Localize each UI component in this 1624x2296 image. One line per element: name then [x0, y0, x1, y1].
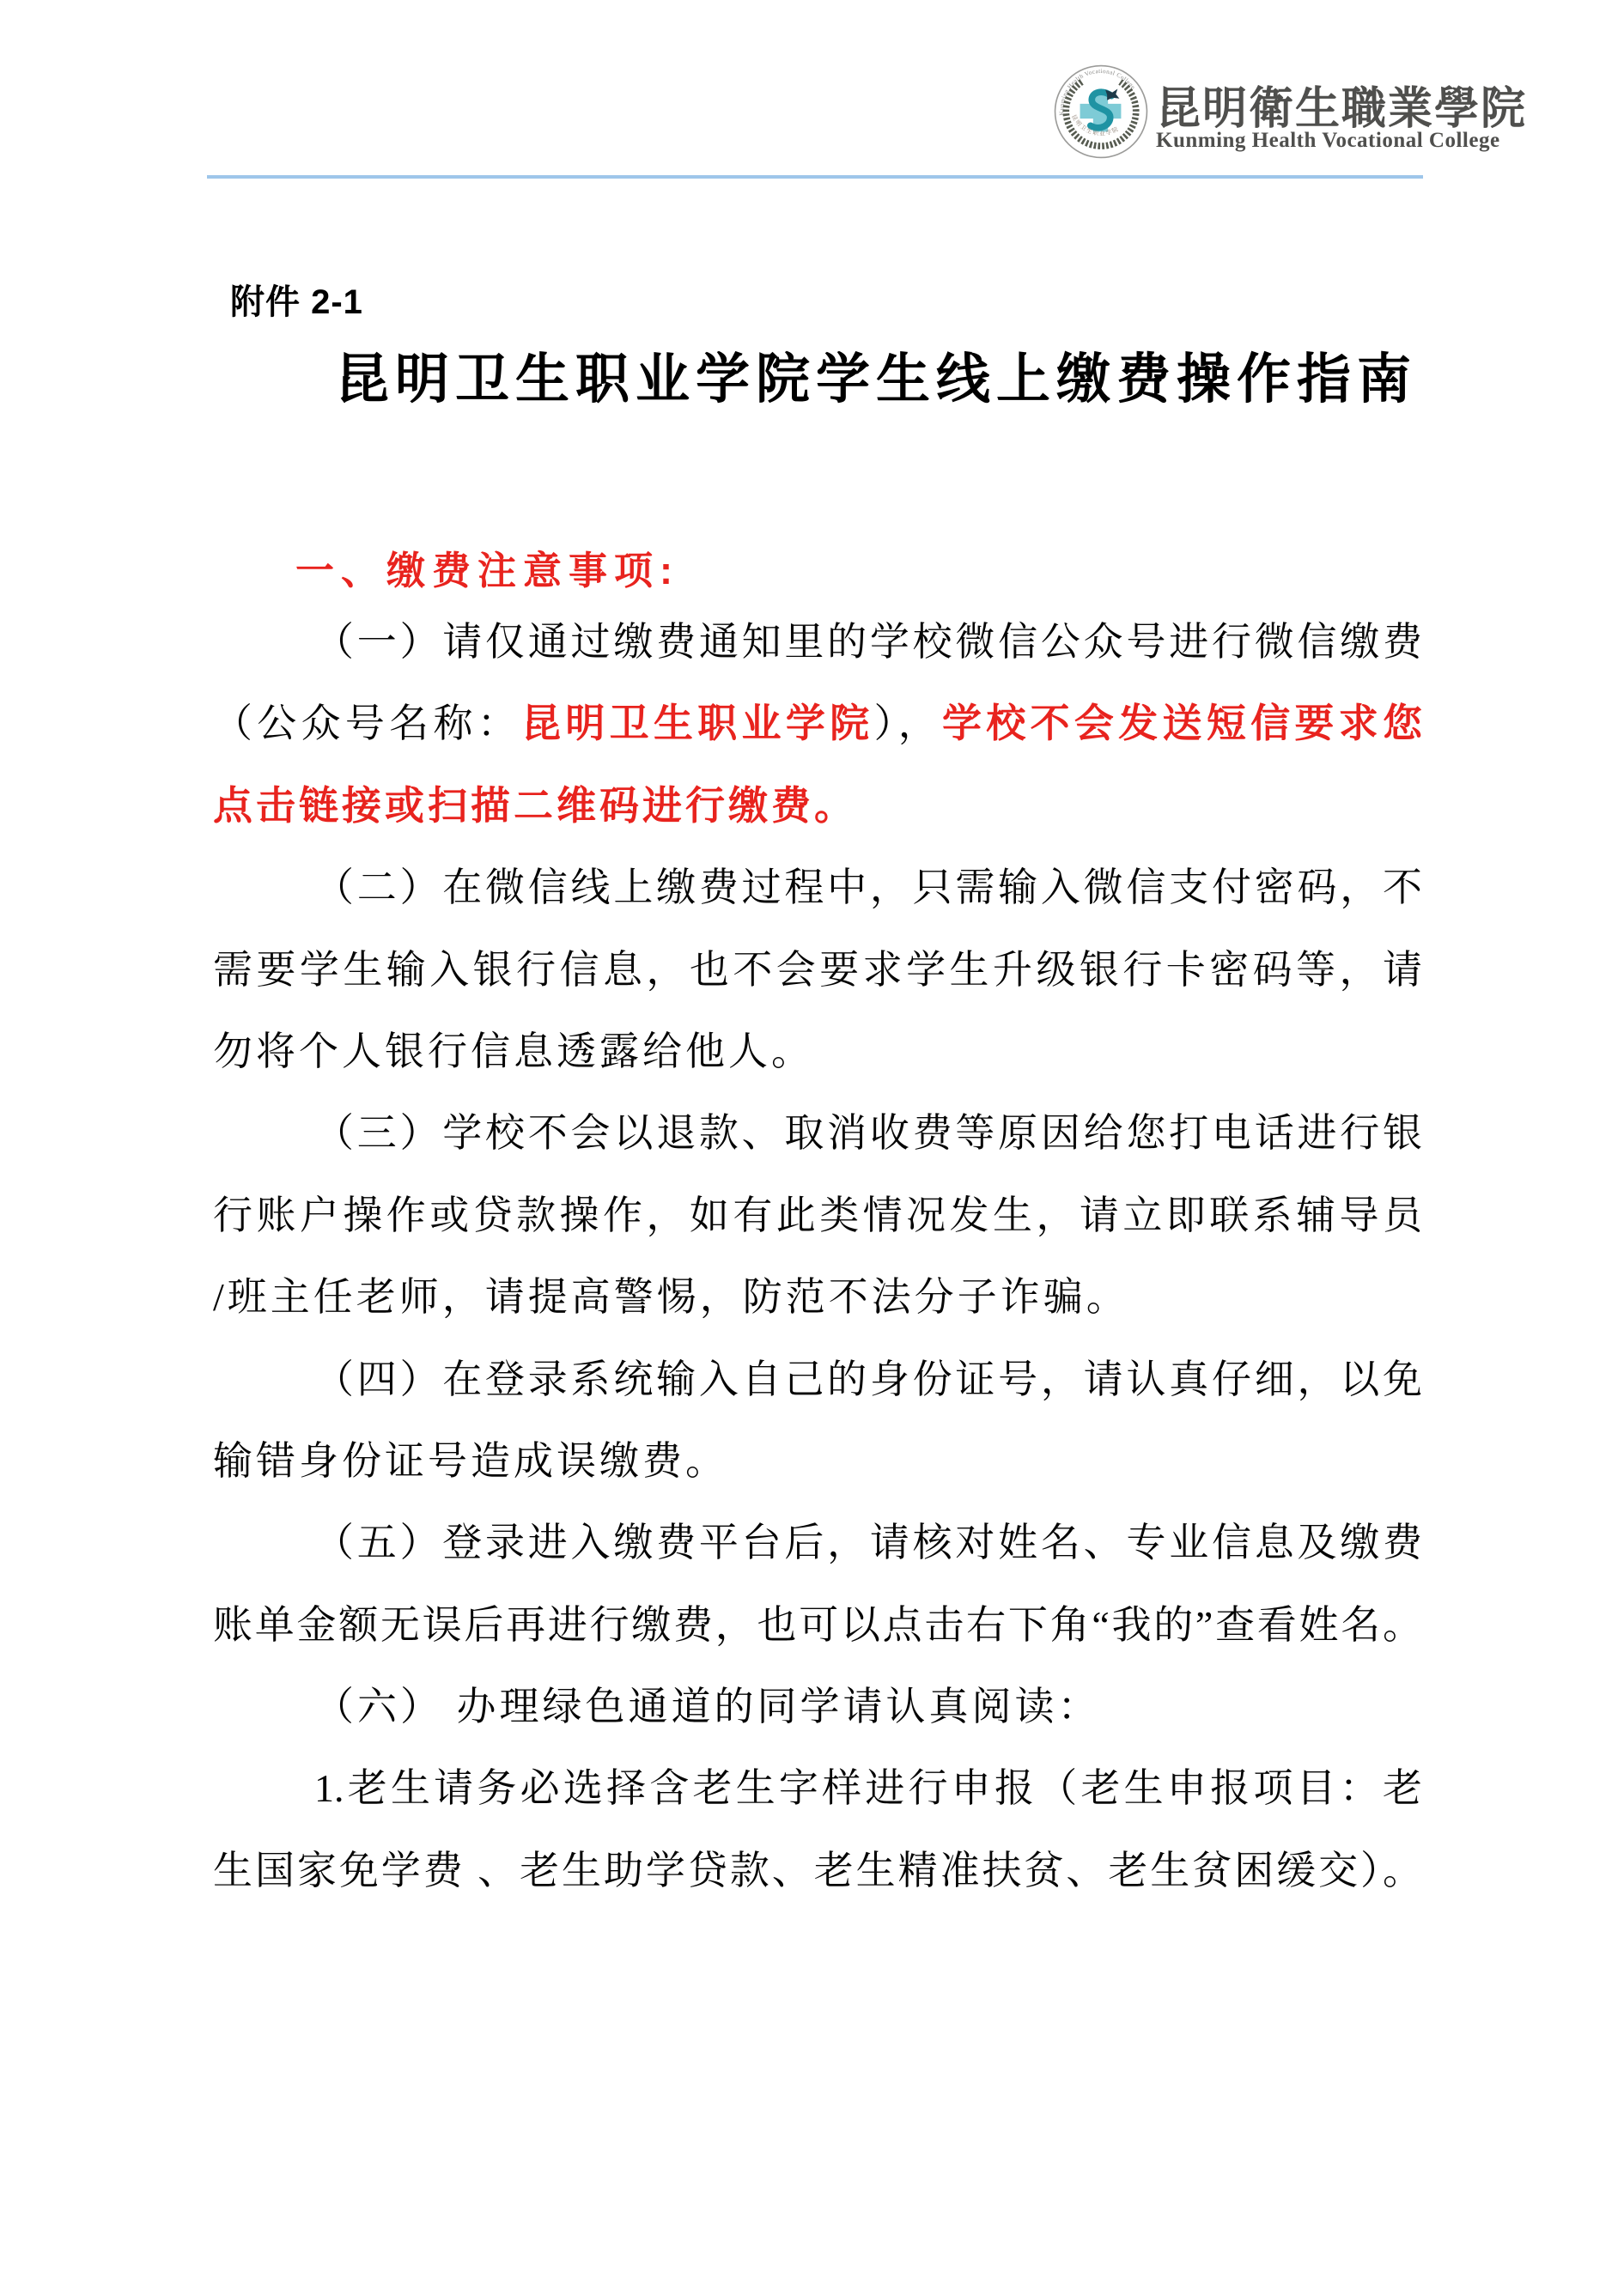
- red-emphasis-segment: 点击链接或扫描二维码进行缴费。: [213, 784, 857, 828]
- text-segment: （公众号名称：: [213, 702, 521, 745]
- text-segment: （五）登录进入缴费平台后，请核对姓名、专业信息及缴费: [314, 1521, 1422, 1564]
- text-line: 勿将个人银行信息透露给他人。: [213, 1011, 1422, 1092]
- text-segment: 输错身份证号造成误缴费。: [213, 1439, 728, 1483]
- text-line: （二）在微信线上缴费过程中，只需输入微信支付密码，不: [213, 847, 1422, 928]
- red-emphasis-segment: 昆明卫生职业学院: [521, 702, 873, 745]
- text-line: 账单金额无误后再进行缴费，也可以点击右下角“我的”查看姓名。: [213, 1584, 1422, 1666]
- text-line: （公众号名称：昆明卫生职业学院），学校不会发送短信要求您: [213, 683, 1422, 764]
- college-name-calligraphy: 昆明衛生職業學院: [1156, 72, 1527, 137]
- college-seal-logo: Kunming Health Vocational College 昆明卫生职业…: [1053, 64, 1149, 160]
- text-segment: （一）请仅通过缴费通知里的学校微信公众号进行微信缴费: [314, 620, 1422, 664]
- text-line: 1.老生请务必选择含老生字样进行申报（老生申报项目：老: [213, 1747, 1422, 1829]
- text-line: （三）学校不会以退款、取消收费等原因给您打电话进行银: [213, 1092, 1422, 1174]
- document-page: Kunming Health Vocational College 昆明卫生职业…: [0, 0, 1624, 2296]
- text-segment: /班主任老师，请提高警惕，防范不法分子诈骗。: [213, 1275, 1129, 1319]
- header-divider: [207, 175, 1423, 179]
- body-text: （一）请仅通过缴费通知里的学校微信公众号进行微信缴费（公众号名称：昆明卫生职业学…: [213, 601, 1422, 1911]
- text-segment: （二）在微信线上缴费过程中，只需输入微信支付密码，不: [314, 866, 1422, 909]
- text-segment: （六） 办理绿色通道的同学请认真阅读：: [314, 1685, 1101, 1728]
- text-line: （六） 办理绿色通道的同学请认真阅读：: [213, 1666, 1422, 1747]
- text-segment: 1.老生请务必选择含老生字样进行申报（老生申报项目：老: [314, 1766, 1422, 1810]
- text-segment: 勿将个人银行信息透露给他人。: [213, 1030, 814, 1073]
- red-emphasis-segment: 学校不会发送短信要求您: [942, 702, 1422, 745]
- text-segment: ），: [873, 702, 942, 745]
- section-heading: 一、缴费注意事项:: [295, 539, 679, 595]
- text-segment: 需要学生输入银行信息，也不会要求学生升级银行卡密码等，请: [213, 948, 1422, 992]
- document-title: 昆明卫生职业学院学生线上缴费操作指南: [335, 350, 1417, 410]
- text-line: 点击链接或扫描二维码进行缴费。: [213, 765, 1422, 847]
- college-name-english: Kunming Health Vocational College: [1156, 129, 1500, 153]
- text-line: 生国家免学费 、老生助学贷款、老生精准扶贫、老生贫困缓交）。: [213, 1830, 1422, 1911]
- text-segment: （三）学校不会以退款、取消收费等原因给您打电话进行银: [314, 1111, 1422, 1155]
- text-line: 行账户操作或贷款操作，如有此类情况发生，请立即联系辅导员: [213, 1175, 1422, 1256]
- text-line: /班主任老师，请提高警惕，防范不法分子诈骗。: [213, 1256, 1422, 1338]
- attachment-label: 附件 2-1: [230, 275, 363, 324]
- text-line: （五）登录进入缴费平台后，请核对姓名、专业信息及缴费: [213, 1502, 1422, 1583]
- text-line: 输错身份证号造成误缴费。: [213, 1420, 1422, 1502]
- text-line: （四）在登录系统输入自己的身份证号，请认真仔细，以免: [213, 1339, 1422, 1420]
- text-line: （一）请仅通过缴费通知里的学校微信公众号进行微信缴费: [213, 601, 1422, 683]
- text-segment: 行账户操作或贷款操作，如有此类情况发生，请立即联系辅导员: [213, 1194, 1422, 1237]
- text-line: 需要学生输入银行信息，也不会要求学生升级银行卡密码等，请: [213, 929, 1422, 1011]
- text-segment: 生国家免学费 、老生助学贷款、老生精准扶贫、老生贫困缓交）。: [213, 1849, 1422, 1892]
- text-segment: 账单金额无误后再进行缴费，也可以点击右下角“我的”查看姓名。: [213, 1603, 1422, 1647]
- text-segment: （四）在登录系统输入自己的身份证号，请认真仔细，以免: [314, 1358, 1422, 1401]
